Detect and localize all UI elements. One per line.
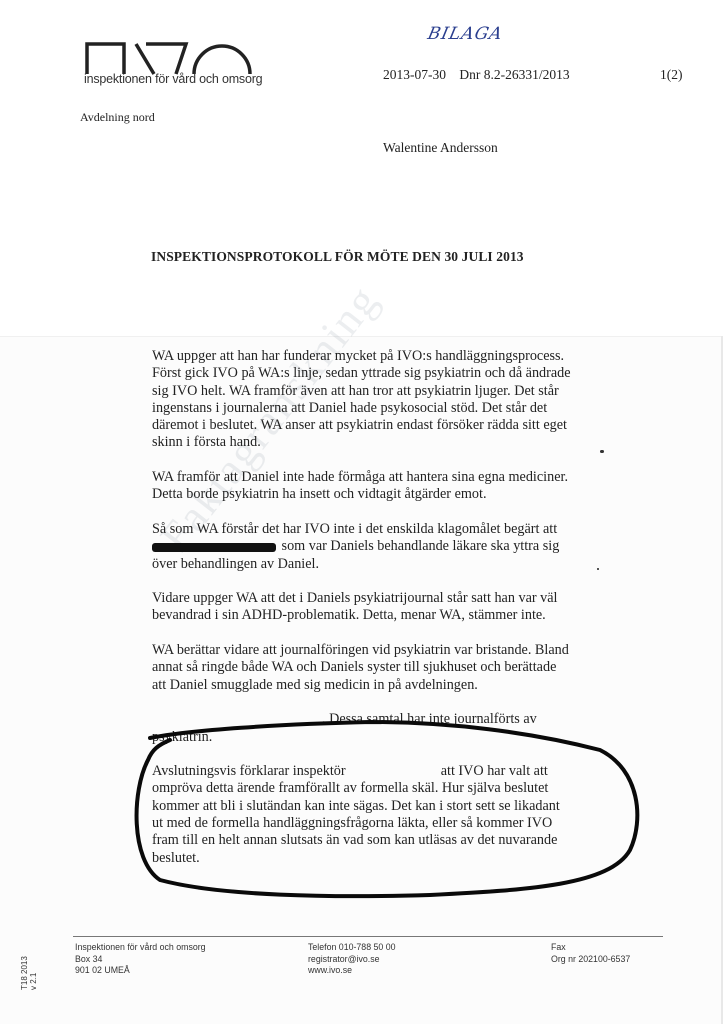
- footer-contact: Telefon 010-788 50 00 registrator@ivo.se…: [308, 942, 396, 977]
- paragraph: WA berättar vidare att journalföringen v…: [152, 642, 572, 694]
- document-title: INSPEKTIONSPROTOKOLL FÖR MÖTE DEN 30 JUL…: [151, 249, 524, 265]
- website-link[interactable]: www.ivo.se: [308, 965, 396, 977]
- paragraph: Vidare uppger WA att det i Daniels psyki…: [152, 590, 572, 625]
- footer-divider: [73, 936, 663, 937]
- paragraph: WA framför att Daniel inte hade förmåga …: [152, 469, 572, 504]
- footer-address: Inspektionen för vård och omsorg Box 34 …: [75, 942, 206, 977]
- paragraph: Så som WA förstår det har IVO inte i det…: [152, 521, 572, 573]
- document-meta: 2013-07-30 Dnr 8.2-26331/2013: [383, 67, 570, 83]
- email-link[interactable]: registrator@ivo.se: [308, 954, 396, 966]
- document-date: 2013-07-30: [383, 67, 446, 82]
- paragraph: WA uppger att han har funderar mycket på…: [152, 348, 572, 452]
- footer-other: Fax Org nr 202100-6537: [551, 942, 630, 965]
- paragraph: . Dessa samtal har inte journalförts av …: [152, 711, 572, 746]
- document-body: WA uppger att han har funderar mycket på…: [152, 348, 572, 884]
- department: Avdelning nord: [80, 110, 155, 125]
- scan-speck: [600, 450, 604, 453]
- scan-speck: [597, 568, 599, 570]
- handwritten-stamp: BILAGA: [426, 24, 505, 44]
- diary-number: Dnr 8.2-26331/2013: [459, 67, 569, 82]
- redacted-name: [152, 543, 276, 552]
- recipient: Walentine Andersson: [383, 140, 498, 156]
- paragraph-circled: Avslutningsvis förklarar inspektör att I…: [152, 763, 572, 867]
- page-number: 1(2): [660, 67, 683, 83]
- logo-label: inspektionen för vård och omsorg: [84, 72, 262, 86]
- form-version: T18 2013 v 2.1: [20, 956, 38, 990]
